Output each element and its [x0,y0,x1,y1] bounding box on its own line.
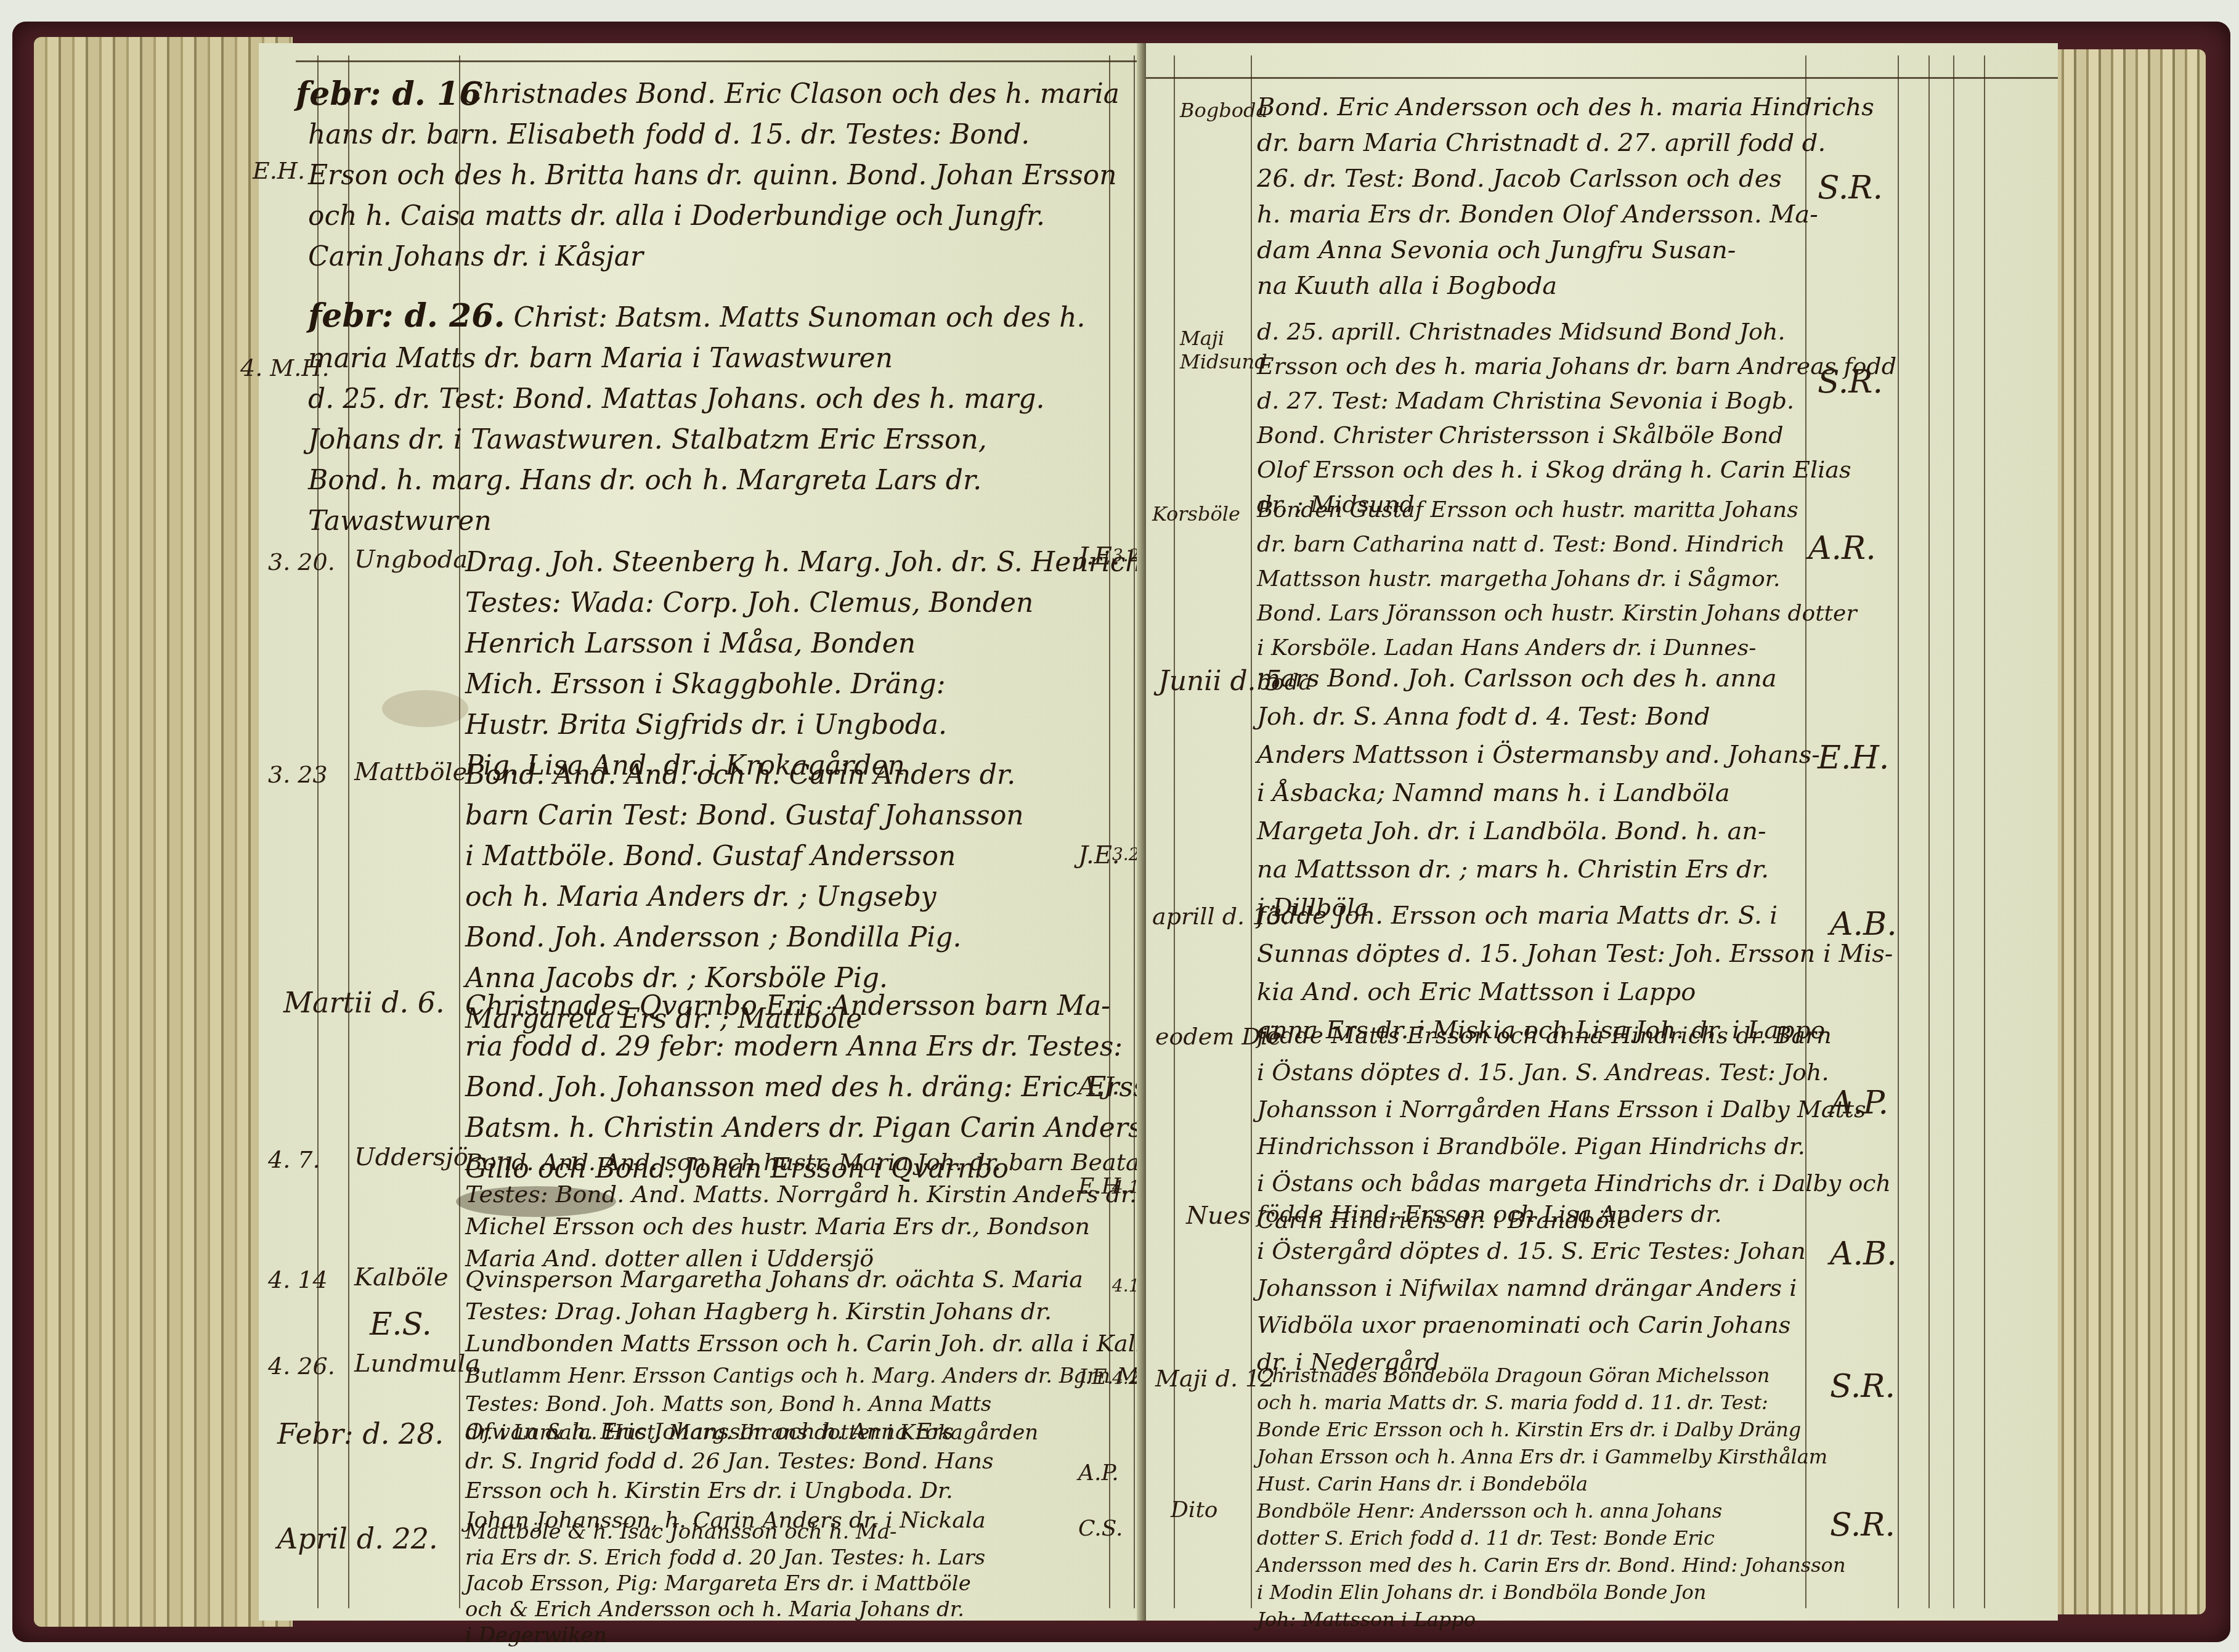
entry-line: kia And. och Eric Mattsson i Lappo [1257,973,1893,1011]
signature: J.E. [1078,1365,1113,1390]
column-rule [1898,55,1899,1608]
entry-line: d. 25. aprill. Christnades Midsund Bond … [1257,314,1896,349]
entry-date: febr: d. 26. [308,297,505,335]
margin-number: 4. 7. [268,1146,320,1173]
entry-line: Ersson och des h. maria Johans dr. barn … [1257,349,1896,383]
signature: S.R. [1830,1507,1895,1544]
entry-line: Christnades Qvarnbo Eric Andersson barn … [465,986,1204,1027]
entry-line: Testes: Drag. Johan Hagberg h. Kirstin J… [465,1295,1186,1327]
entry-line: Andersson med des h. Carin Ers dr. Bond.… [1257,1552,1845,1579]
entry-line: Bond. Joh. Andersson ; Bondilla Pig. [465,918,1024,958]
entry-place: Mattböle [354,758,467,786]
signature: A.B. [1830,1235,1897,1272]
entry-line: ria Ers dr. S. Erich fodd d. 20 Jan. Tes… [465,1545,985,1571]
entry-line: Johansson i Norrgården Hans Ersson i Dal… [1257,1091,1891,1128]
margin-number: 4. 26. [268,1353,335,1380]
entry-line: Erson och des h. Britta hans dr. quinn. … [308,155,1117,196]
entry-date: Martii d. 6. [283,986,445,1019]
entry-line: dr. barn Catharina natt d. Test: Bond. H… [1257,527,1857,562]
entry-line: och h. maria Matts dr. S. maria fodd d. … [1257,1389,1827,1416]
signature: A.J. [1078,1072,1119,1101]
ink-stain [382,690,468,727]
entry-line: födde Joh. Ersson och maria Matts dr. S.… [1257,897,1893,935]
left-page: E.H. febr: d. 16 Christnades Bond. Eric … [259,43,1146,1621]
entry-signature-left: E.S. [370,1306,432,1342]
entry-line: h. maria Ers dr. Bonden Olof Andersson. … [1257,197,1874,232]
signature: A.P. [1078,1460,1119,1486]
entry-line: i Modin Elin Johans dr. i Bondböla Bonde… [1257,1579,1845,1606]
entry-line: Johans dr. i Tawastwuren. Stalbatzm Eric… [308,420,1086,460]
entry-line: Testes: Wada: Corp. Joh. Clemus, Bonden [465,583,1143,624]
entry-line: Jacob Ersson, Pig: Margareta Ers dr. i M… [465,1571,985,1597]
entry-line: Hust. Carin Hans dr. i Bondeböla [1257,1470,1827,1497]
entry-line: och & Erich Andersson och h. Maria Johan… [465,1597,985,1622]
entry-line: Christnades Bond. Eric Clason och des h.… [462,74,1119,115]
column-rule [348,55,349,1608]
entry-line: dam Anna Sevonia och Jungfru Susan- [1257,232,1874,268]
register-entry-text: Christnades Bond. Eric Clason och des h.… [462,74,1119,115]
column-rule [1984,55,1985,1608]
entry-line: Joh. dr. S. Anna fodt d. 4. Test: Bond [1257,698,1820,736]
entry-line: Christnades Bondeböla Dragoun Göran Mich… [1257,1362,1827,1389]
entry-line: Widböla uxor praenominati och Carin Joha… [1257,1306,1806,1343]
margin-number: 3. 20. [268,548,335,576]
signature: A.R. [1808,530,1876,567]
entry-line: dr. barn Maria Christnadt d. 27. aprill … [1257,125,1874,161]
entry-line: Hindrichsson i Brandböle. Pigan Hindrich… [1257,1128,1891,1165]
entry-line: Mattsson hustr. margetha Johans dr. i Så… [1257,562,1857,596]
margin-number: 3. 23 [268,761,328,788]
entry-date: febr: d. 16 [296,74,481,115]
entry-line: ria fodd d. 29 febr: modern Anna Ers dr.… [465,1027,1204,1067]
entry-line: Bonden Gustaf Ersson och hustr. maritta … [1257,493,1857,527]
entry-line: Michel Ersson och des hustr. Maria Ers d… [465,1210,1254,1242]
register-entry-text: hans dr. barn. Elisabeth fodd d. 15. dr.… [308,115,1117,277]
register-entry-text: Christnades Bondeböla Dragoun Göran Mich… [1257,1362,1827,1497]
entry-line: i Östergård döptes d. 15. S. Eric Testes… [1257,1232,1806,1269]
entry-line: Lundbonden Matts Ersson och h. Carin Joh… [465,1327,1186,1359]
entry-place: Korsböle [1152,502,1240,526]
entry-line: i Östans döptes d. 15. Jan. S. Andreas. … [1257,1054,1891,1091]
entry-place: Maji Midsund [1180,327,1251,373]
signature: A.P. [1830,1084,1888,1121]
entry-line: Hustr. Brita Sigfrids dr. i Ungboda. [465,705,1143,746]
entry-line: Bond. Eric Andersson och des h. maria Hi… [1257,89,1874,125]
entry-line: Christ: Batsm. Matts Sunoman och des h. [514,302,1086,333]
entry-line: Olof Ersson och des h. i Skog dräng h. C… [1257,452,1896,487]
entry-date: April d. 22. [277,1522,438,1555]
column-rule [1928,55,1930,1608]
entry-line: Bond. And. And. och h. Carin Anders dr. [465,755,1024,795]
column-rule [1953,55,1954,1608]
entry-line: Ofwan & h. Eric Johansson och h. Anna Er… [465,1417,993,1447]
entry-date: Dito [1171,1497,1218,1523]
entry-line: na Kuuth alla i Bogboda [1257,268,1874,304]
signature: S.R. [1830,1368,1895,1405]
entry-line: i Degerwiken [465,1622,985,1648]
entry-line: d. 27. Test: Madam Christina Sevonia i B… [1257,383,1896,418]
entry-line: na Mattsson dr. ; mars h. Christin Ers d… [1257,850,1820,889]
register-entry-text: Bondböle Henr: Andersson och h. anna Joh… [1257,1497,1845,1633]
entry-place: Bogboda [1180,99,1248,122]
entry-line: dr. S. Ingrid fodd d. 26 Jan. Testes: Bo… [465,1447,993,1476]
register-entry-text: Drag. Joh. Steenberg h. Marg. Joh. dr. S… [465,542,1143,786]
signature: A.B. [1830,906,1897,943]
entry-date: Febr: d. 28. [277,1417,444,1451]
entry-place: Ungboda [354,545,468,574]
margin-number: E.H. [253,157,305,184]
register-entry-text: Qvinsperson Margaretha Johans dr. oächta… [465,1263,1186,1359]
entry-line: Qvinsperson Margaretha Johans dr. oächta… [465,1263,1186,1295]
entry-line: barn Carin Test: Bond. Gustaf Johansson [465,795,1024,836]
entry-line: Margeta Joh. dr. i Landböla. Bond. h. an… [1257,812,1820,850]
entry-line: Carin Johans dr. i Kåsjar [308,237,1117,277]
entry-line: och h. Caisa matts dr. alla i Doderbundi… [308,196,1117,237]
entry-line: Johansson i Nifwilax namnd drängar Ander… [1257,1269,1806,1306]
register-entry-text: febr: d. 26. Christ: Batsm. Matts Sunoma… [308,296,1086,542]
entry-line: Batsm. h. Christin Anders dr. Pigan Cari… [465,1108,1204,1149]
entry-line: och h. Maria Anders dr. ; Ungseby [465,877,1024,918]
entry-line: Bond. And. And. son och hustr. Maria Joh… [465,1146,1254,1178]
signature: E.H. [1818,739,1889,776]
signature: S.R. [1818,364,1883,401]
signature: S.R. [1818,169,1883,206]
register-entry-text: d. 25. aprill. Christnades Midsund Bond … [1257,314,1896,521]
entry-line: hans dr. barn. Elisabeth fodd d. 15. dr.… [308,115,1117,155]
right-page: Bogboda Bond. Eric Andersson och des h. … [1146,43,2058,1621]
entry-line: d. 25. dr. Test: Bond. Mattas Johans. oc… [308,379,1086,420]
entry-line: Tawastwuren [308,501,1086,542]
register-entry-text: mars Bond. Joh. Carlsson och des h. anna… [1257,659,1820,927]
register-entry: febr: d. 16 [296,74,481,115]
entry-line: Testes: Bond. Joh. Matts son, Bond h. An… [465,1390,1244,1418]
entry-line: Johan Ersson och h. Anna Ers dr. i Gamme… [1257,1443,1827,1470]
entry-line: Bonde Eric Ersson och h. Kirstin Ers dr.… [1257,1416,1827,1443]
entry-line: Joh: Mattsson i Lappo [1257,1606,1845,1633]
entry-line: födde Matts Ersson och anna Hindrichs dr… [1257,1017,1891,1054]
entry-line: Bondböle Henr: Andersson och h. anna Joh… [1257,1497,1845,1524]
left-page-edges [34,37,293,1627]
entry-place: Kalböle [354,1263,449,1292]
right-page-edges [2052,49,2206,1614]
entry-line: Mich. Ersson i Skaggbohle. Dräng: [465,664,1143,705]
entry-place: Uddersjö [354,1143,468,1171]
entry-line: i Mattböle. Bond. Gustaf Andersson [465,836,1024,877]
entry-line: födde Hind: Ersson och Lisa Anders dr. [1257,1195,1806,1232]
entry-line: i Åsbacka; Namnd mans h. i Landböla [1257,774,1820,812]
register-entry-text: födde Hind: Ersson och Lisa Anders dr. i… [1257,1195,1806,1380]
entry-line: Bond. Christer Christersson i Skålböle B… [1257,418,1896,452]
entry-line: Sunnas döptes d. 15. Johan Test: Joh. Er… [1257,935,1893,973]
margin-number: 4. 14 [268,1266,328,1293]
entry-line: Ersson och h. Kirstin Ers dr. i Ungboda.… [465,1476,993,1506]
entry-place: Lundmula [354,1349,480,1378]
entry-line: Henrich Larsson i Måsa, Bonden [465,624,1143,664]
signature: C.S. [1078,1516,1123,1541]
entry-line: Anders Mattsson i Östermansby and. Johan… [1257,736,1820,774]
register-entry-text: Bond. And. And. son och hustr. Maria Joh… [465,1146,1254,1274]
entry-line: dotter S. Erich fodd d. 11 dr. Test: Bon… [1257,1524,1845,1552]
entry-line: Bond. h. marg. Hans dr. och h. Margreta … [308,460,1086,501]
entry-line: Drag. Joh. Steenberg h. Marg. Joh. dr. S… [465,542,1143,583]
entry-line: Bond. Lars Jöransson och hustr. Kirstin … [1257,596,1857,631]
entry-date: Nues [1186,1202,1251,1230]
register-entry-text: Mattböle & h. Isac Johansson och h. Ma- … [465,1519,985,1648]
entry-line: Mattböle & h. Isac Johansson och h. Ma- [465,1519,985,1545]
entry-line: maria Matts dr. barn Maria i Tawastwuren [308,338,1086,379]
register-entry-text: Bond. Eric Andersson och des h. maria Hi… [1257,89,1874,304]
header-rule [1146,77,2058,79]
register-entry-text: Ofwan & h. Eric Johansson och h. Anna Er… [465,1417,993,1536]
header-rule [296,60,1146,62]
entry-line: mars Bond. Joh. Carlsson och des h. anna [1257,659,1820,698]
entry-line: 26. dr. Test: Bond. Jacob Carlsson och d… [1257,161,1874,197]
